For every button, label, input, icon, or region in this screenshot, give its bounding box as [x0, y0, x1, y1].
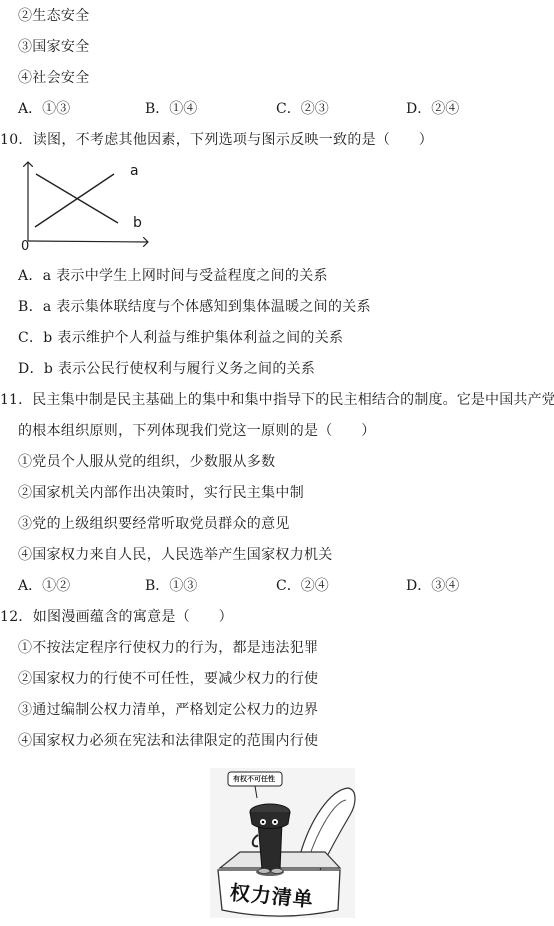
- speech-bubble-text: 有权不可任性: [233, 774, 275, 784]
- q12-statement-3: ③通过编制公权力清单，严格划定公权力的边界: [18, 701, 318, 719]
- q12-statement-1: ①不按法定程序行使权力的行为，都是违法犯罪: [18, 639, 318, 657]
- line-b-label: b: [133, 215, 142, 231]
- q11-option-b[interactable]: B．①③: [145, 577, 197, 595]
- line-b: [36, 174, 118, 223]
- line-a: [35, 174, 114, 227]
- q10-option-a[interactable]: A．a 表示中学生上网时间与受益程度之间的关系: [18, 267, 328, 285]
- x-axis: [28, 241, 148, 242]
- q12-stem: 12．如图漫画蕴含的寓意是（ ）: [0, 608, 233, 626]
- q10-option-c[interactable]: C．b 表示维护个人利益与维护集体利益之间的关系: [18, 329, 343, 347]
- q12-statement-2: ②国家权力的行使不可任性，要减少权力的行使: [18, 670, 318, 688]
- q11-stem-line1: 11．民主集中制是民主基础上的集中和集中指导下的民主相结合的制度。它是中国共产党: [0, 391, 554, 409]
- q11-option-a[interactable]: A．①②: [18, 577, 70, 595]
- q11-stem-line2: 的根本组织原则，下列体现我们党这一原则的是（ ）: [18, 422, 376, 440]
- q11-options: A．①② B．①③ C．②④ D．③④: [0, 577, 554, 595]
- q9-option-c[interactable]: C．②③: [276, 100, 329, 118]
- origin-label: 0: [21, 239, 29, 254]
- q10-line-graph: a b 0: [20, 160, 150, 255]
- q9-statement-4: ④社会安全: [18, 69, 90, 87]
- q9-option-d[interactable]: D．②④: [406, 100, 459, 118]
- power-list-cartoon: 有权不可任性 权力清单: [200, 760, 360, 926]
- line-a-label: a: [130, 163, 139, 179]
- q9-options: A．①③ B．①④ C．②③ D．②④: [0, 100, 554, 118]
- q11-option-d[interactable]: D．③④: [406, 577, 459, 595]
- q10-option-b[interactable]: B．a 表示集体联结度与个体感知到集体温暖之间的关系: [18, 298, 371, 316]
- q9-statement-2: ②生态安全: [18, 7, 90, 25]
- q9-option-b[interactable]: B．①④: [145, 100, 197, 118]
- q9-statement-3: ③国家安全: [18, 38, 90, 56]
- q11-statement-4: ④国家权力来自人民，人民选举产生国家权力机关: [18, 546, 333, 564]
- q10-stem: 10．读图，不考虑其他因素，下列选项与图示反映一致的是（ ）: [0, 131, 433, 149]
- q11-statement-2: ②国家机关内部作出决策时，实行民主集中制: [18, 484, 304, 502]
- q11-option-c[interactable]: C．②④: [276, 577, 329, 595]
- q11-statement-1: ①党员个人服从党的组织，少数服从多数: [18, 453, 275, 471]
- q10-option-d[interactable]: D．b 表示公民行使权利与履行义务之间的关系: [18, 360, 315, 378]
- q12-statement-4: ④国家权力必须在宪法和法律限定的范围内行使: [18, 732, 318, 750]
- q11-statement-3: ③党的上级组织要经常听取党员群众的意见: [18, 515, 290, 533]
- q9-option-a[interactable]: A．①③: [18, 100, 70, 118]
